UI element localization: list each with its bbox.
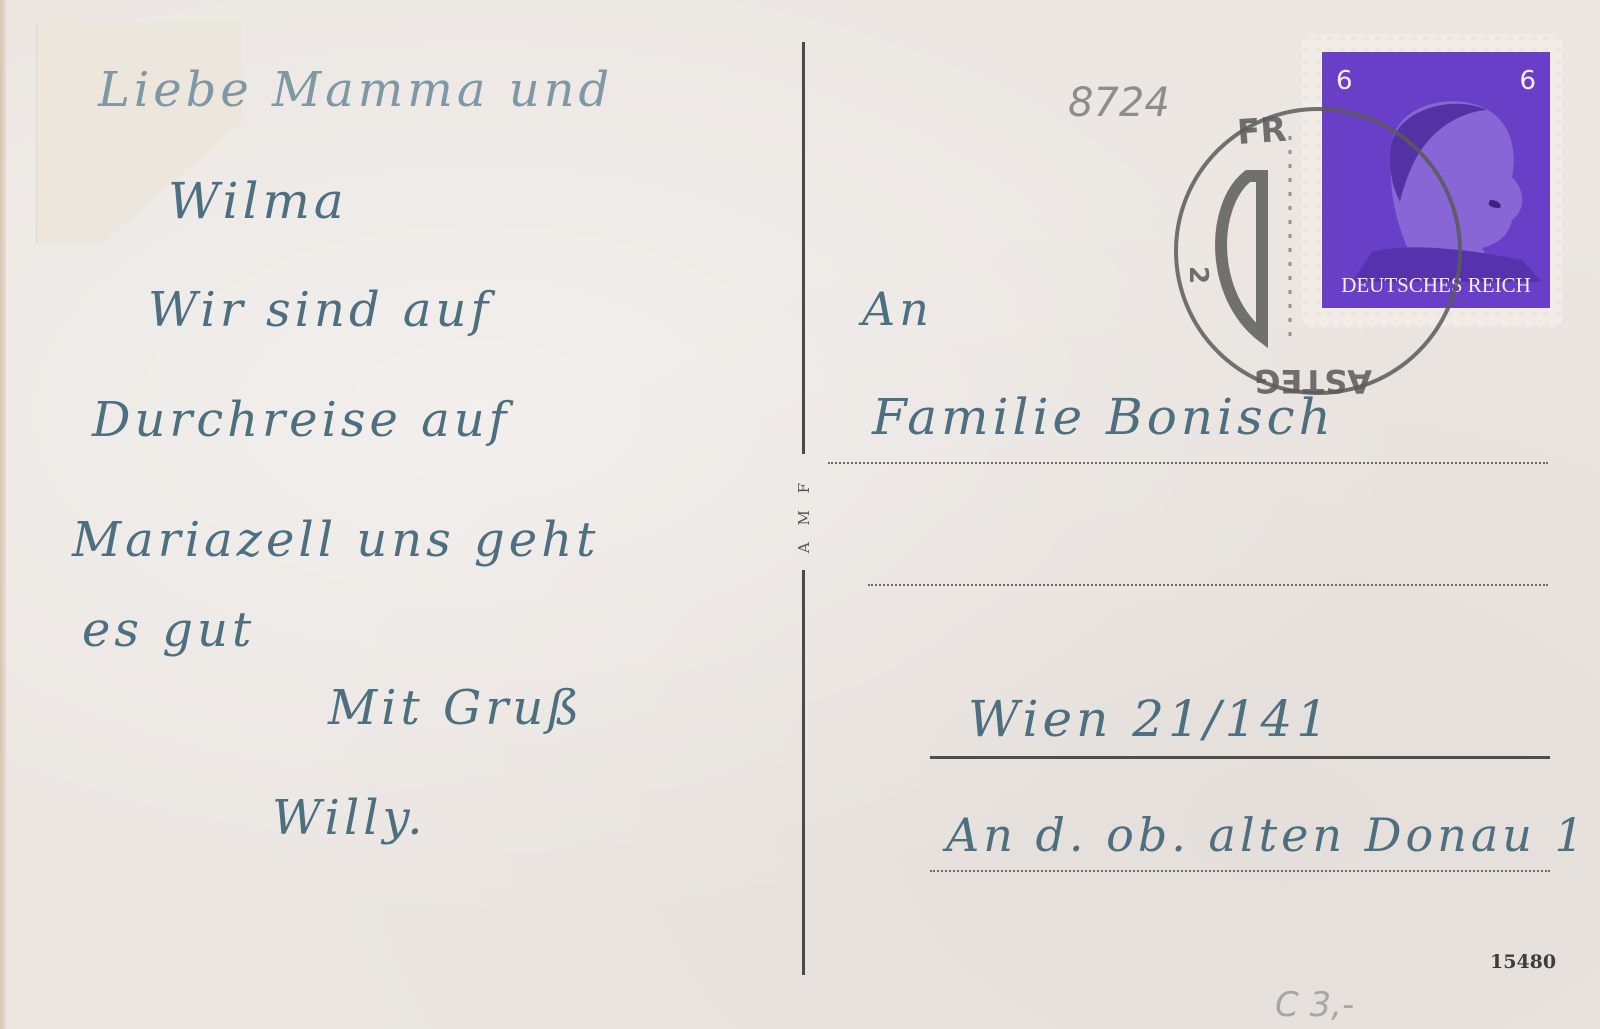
stamp-face: 6 6 DEUTSCHES REICH xyxy=(1322,52,1550,308)
message-line-5: Mariazell uns geht xyxy=(72,512,599,568)
center-divider-top xyxy=(802,42,805,454)
stamp-value-left: 6 xyxy=(1336,66,1353,96)
address-city: Wien 21/141 xyxy=(968,690,1332,748)
message-signature: Willy. xyxy=(272,790,427,846)
message-closing: Mit Gruß xyxy=(328,680,583,736)
message-line-4: Durchreise auf xyxy=(92,392,510,448)
address-to-label: An xyxy=(862,282,933,336)
address-line-city xyxy=(930,756,1550,759)
pencil-note-top: 8724 xyxy=(1068,80,1170,126)
svg-text:2: 2 xyxy=(1183,266,1213,284)
address-street: An d. ob. alten Donau 1 xyxy=(946,808,1588,862)
postage-stamp: 6 6 DEUTSCHES REICH xyxy=(1306,38,1558,323)
serial-number: 15480 xyxy=(1490,951,1556,973)
svg-text:FR: FR xyxy=(1236,110,1288,153)
card-edge xyxy=(0,0,6,1029)
stamp-portrait-icon xyxy=(1352,82,1542,282)
center-divider-bottom xyxy=(802,570,805,975)
message-line-3: Wir sind auf xyxy=(148,282,492,338)
message-line-1: Liebe Mamma und xyxy=(98,62,613,118)
message-line-6: es gut xyxy=(82,602,255,658)
address-line-2 xyxy=(868,584,1548,586)
postcard: Liebe Mamma und Wilma Wir sind auf Durch… xyxy=(0,0,1600,1029)
pencil-note-bottom: C 3,- xyxy=(1275,985,1354,1025)
publisher-mark: A M F xyxy=(784,470,824,560)
stamp-country-label: DEUTSCHES REICH xyxy=(1322,273,1550,298)
address-name: Familie Bonisch xyxy=(872,388,1335,446)
address-line-1 xyxy=(828,462,1548,464)
message-line-2: Wilma xyxy=(168,172,348,230)
address-line-street xyxy=(930,870,1550,872)
